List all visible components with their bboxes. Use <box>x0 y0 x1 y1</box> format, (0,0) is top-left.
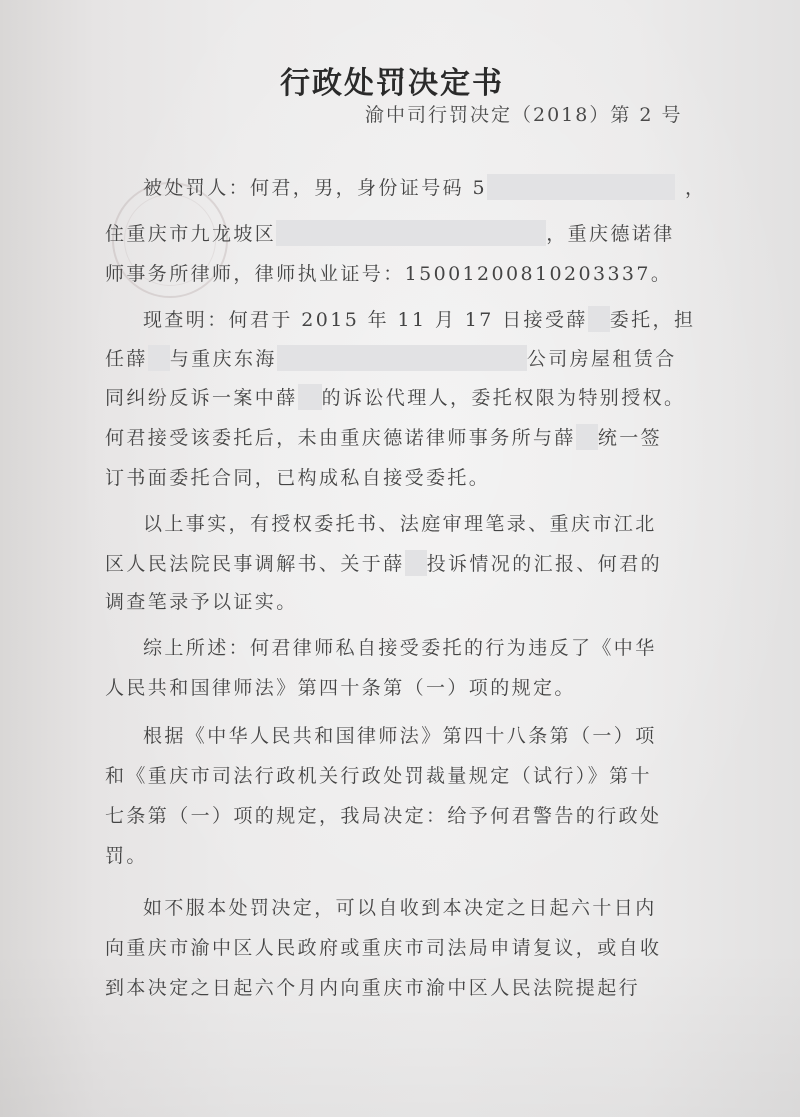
text-segment: 投诉情况的汇报、何君的 <box>427 553 662 575</box>
text-segment: 人民共和国律师法》第四十条第（一）项的规定。 <box>105 677 576 699</box>
appeal-line-3: 到本决定之日起六个月内向重庆市渝中区人民法院提起行 <box>105 974 695 1002</box>
text-segment: 根据《中华人民共和国律师法》第四十八条第（一）项 <box>143 725 657 747</box>
text-segment: 被处罚人：何君，男，身份证号码 5 <box>143 177 487 199</box>
decision-line-1: 根据《中华人民共和国律师法》第四十八条第（一）项 <box>105 722 695 750</box>
text-segment: 的诉讼代理人，委托权限为特别授权。 <box>322 387 686 409</box>
text-segment: 同纠纷反诉一案中薛 <box>105 387 298 409</box>
text-segment: 现查明：何君于 2015 年 11 月 17 日接受薛 <box>143 309 588 331</box>
redaction-box-id-number <box>487 174 675 200</box>
text-segment: 七条第（一）项的规定，我局决定：给予何君警告的行政处 <box>105 805 661 827</box>
text-segment: 任薛 <box>105 348 148 370</box>
text-segment: 住重庆市九龙坡区 <box>105 223 276 245</box>
decision-line-2: 和《重庆市司法行政机关行政处罚裁量规定（试行）》第十 <box>105 762 695 790</box>
text-segment: 综上所述：何君律师私自接受委托的行为违反了《中华 <box>143 637 657 659</box>
summary-line-2: 人民共和国律师法》第四十条第（一）项的规定。 <box>105 674 695 702</box>
text-segment: 与重庆东海 <box>170 348 277 370</box>
evidence-line-3: 调查笔录予以证实。 <box>105 588 695 616</box>
text-segment: 区人民法院民事调解书、关于薛 <box>105 553 405 575</box>
findings-line-5: 订书面委托合同，已构成私自接受委托。 <box>105 464 695 492</box>
document-title: 行政处罚决定书 <box>280 58 504 102</box>
text-segment: 委托，担 <box>610 309 696 331</box>
appeal-line-2: 向重庆市渝中区人民政府或重庆市司法局申请复议，或自收 <box>105 934 695 962</box>
redaction-box-address <box>276 220 546 246</box>
text-segment: 向重庆市渝中区人民政府或重庆市司法局申请复议，或自收 <box>105 937 661 959</box>
scanned-document-page: 行政处罚决定书 渝中司行罚决定（2018）第 2 号 被处罚人：何君，男，身份证… <box>0 0 800 1117</box>
evidence-line-2: 区人民法院民事调解书、关于薛投诉情况的汇报、何君的 <box>105 550 695 578</box>
text-segment: 到本决定之日起六个月内向重庆市渝中区人民法院提起行 <box>105 977 640 999</box>
findings-line-1: 现查明：何君于 2015 年 11 月 17 日接受薛委托，担 <box>105 306 695 334</box>
findings-line-3: 同纠纷反诉一案中薛的诉讼代理人，委托权限为特别授权。 <box>105 384 695 412</box>
decision-line-3: 七条第（一）项的规定，我局决定：给予何君警告的行政处 <box>105 802 695 830</box>
party-line-1: 被处罚人：何君，男，身份证号码 5， <box>105 174 695 202</box>
party-line-2: 住重庆市九龙坡区，重庆德诺律 <box>105 220 695 248</box>
text-segment: 以上事实，有授权委托书、法庭审理笔录、重庆市江北 <box>143 513 657 535</box>
evidence-line-1: 以上事实，有授权委托书、法庭审理笔录、重庆市江北 <box>105 510 695 538</box>
text-segment: 调查笔录予以证实。 <box>105 591 298 613</box>
decision-line-4: 罚。 <box>105 842 695 870</box>
document-number: 渝中司行罚决定（2018）第 2 号 <box>365 100 683 127</box>
redaction-box-name <box>576 424 598 450</box>
text-segment: 公司房屋租赁合 <box>527 348 677 370</box>
findings-line-2: 任薛与重庆东海公司房屋租赁合 <box>105 345 695 373</box>
text-segment: 何君接受该委托后，未由重庆德诺律师事务所与薛 <box>105 427 576 449</box>
text-segment: 统一签 <box>598 427 662 449</box>
text-segment: 罚。 <box>105 845 148 867</box>
text-segment: ， <box>685 177 706 199</box>
redaction-box-name <box>298 384 322 410</box>
findings-line-4: 何君接受该委托后，未由重庆德诺律师事务所与薛统一签 <box>105 424 695 452</box>
text-segment: 师事务所律师，律师执业证号：15001200810203337。 <box>105 263 672 285</box>
text-segment: ，重庆德诺律 <box>546 223 674 245</box>
text-segment: 订书面委托合同，已构成私自接受委托。 <box>105 467 490 489</box>
party-line-3: 师事务所律师，律师执业证号：15001200810203337。 <box>105 260 695 288</box>
text-segment: 和《重庆市司法行政机关行政处罚裁量规定（试行）》第十 <box>105 765 652 787</box>
appeal-line-1: 如不服本处罚决定，可以自收到本决定之日起六十日内 <box>105 894 695 922</box>
redaction-box-name <box>405 550 427 576</box>
summary-line-1: 综上所述：何君律师私自接受委托的行为违反了《中华 <box>105 634 695 662</box>
redaction-box-company <box>277 345 527 371</box>
redaction-box-name <box>588 306 610 332</box>
text-segment: 如不服本处罚决定，可以自收到本决定之日起六十日内 <box>143 897 657 919</box>
redaction-box-name <box>148 345 170 371</box>
